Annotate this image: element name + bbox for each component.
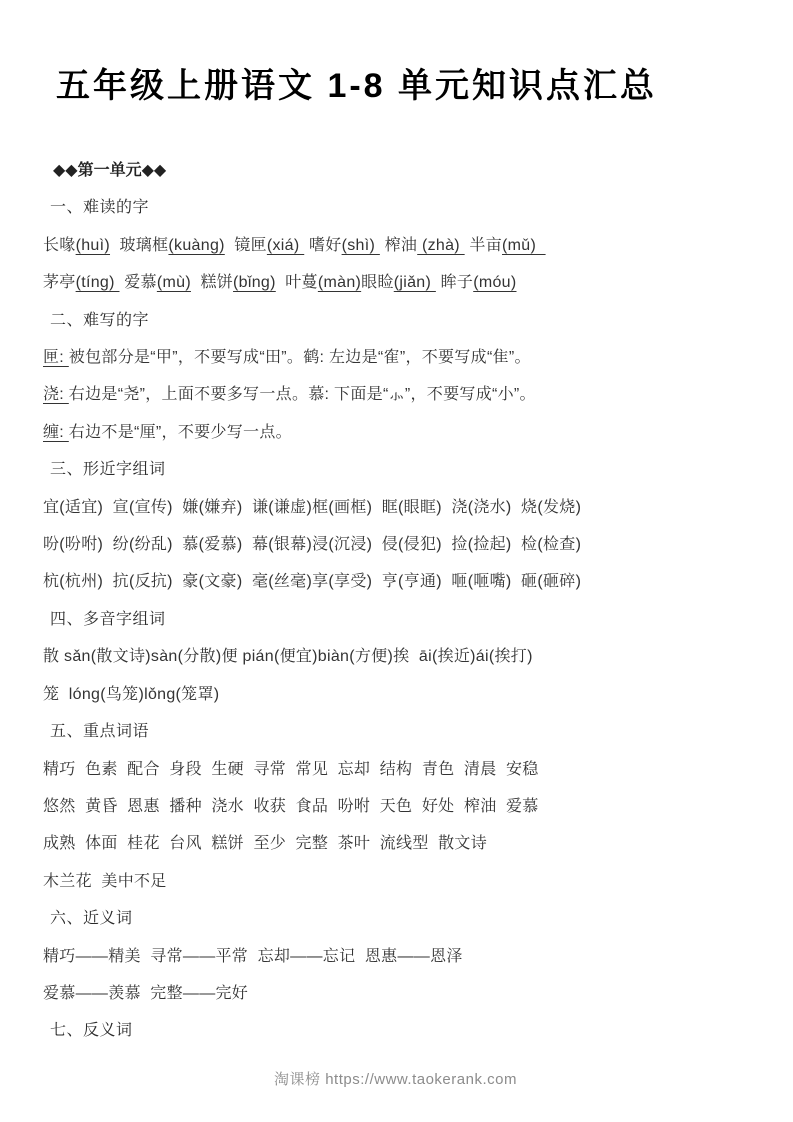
section-heading: 七、反义词 [43,1012,748,1049]
plain-text: 宜(适宜) 宣(宣传) 嫌(嫌弃) 谦(谦虚)框(画框) 眶(眼眶) 浇(浇水)… [43,499,581,516]
plain-text: 茅亭 [43,274,76,291]
underlined-text: 浇: [43,386,69,403]
text-line: 缠: 右边不是“厘”，不要少写一点。 [43,414,748,451]
section-heading: 六、近义词 [43,900,748,937]
plain-text: 眸子 [436,274,473,291]
underlined-text: (jiǎn) [394,274,436,291]
plain-text: 吩(吩咐) 纷(纷乱) 慕(爱慕) 幕(银幕)浸(沉浸) 侵(侵犯) 捡(捡起)… [43,536,581,553]
text-line: 杭(杭州) 抗(反抗) 豪(文豪) 毫(丝毫)享(享受) 亨(亨通) 咂(咂嘴)… [43,563,748,600]
text-line: 匣: 被包部分是“甲”，不要写成“田”。鹤: 左边是“隺”，不要写成“隹”。 [43,339,748,376]
page-title: 五年级上册语文 1-8 单元知识点汇总 [43,64,748,108]
section-heading: 二、难写的字 [43,302,748,339]
underlined-text: (kuàng) [168,237,224,254]
underlined-text: (shì) [342,237,380,254]
plain-text: 榨油 [380,237,417,254]
plain-text: 精巧 色素 配合 身段 生硬 寻常 常见 忘却 结构 青色 清晨 安稳 [43,761,539,778]
text-line: 浇: 右边是“尧”，上面不要多写一点。慕: 下面是“⺗”，不要写成“小”。 [43,376,748,413]
text-line: 木兰花 美中不足 [43,863,748,900]
plain-text: 玻璃框 [110,237,168,254]
text-line: 长喙(huì) 玻璃框(kuàng) 镜匣(xiá) 嗜好(shì) 榨油 (z… [43,227,748,264]
section-heading: 三、形近字组词 [43,451,748,488]
underlined-text: (móu) [473,274,516,291]
footer-watermark: 淘课榜 https://www.taokerank.com [43,1061,748,1098]
plain-text: 糕饼 [191,274,233,291]
underlined-text: (tíng) [76,274,120,291]
text-line: 散 sǎn(散文诗)sàn(分散)便 pián(便宜)biàn(方便)挨 āi(… [43,638,748,675]
text-line: 精巧——精美 寻常——平常 忘却——忘记 恩惠——恩泽 [43,938,748,975]
plain-text: 叶蔓 [276,274,318,291]
plain-text: 镜匣 [225,237,267,254]
underlined-text: (zhà) [417,237,464,254]
underlined-text: (bǐng) [233,274,276,291]
underlined-text: (màn) [318,274,361,291]
section-heading: 五、重点词语 [43,713,748,750]
underlined-text: (mǔ) [502,237,546,254]
plain-text: 杭(杭州) 抗(反抗) 豪(文豪) 毫(丝毫)享(享受) 亨(亨通) 咂(咂嘴)… [43,573,581,590]
text-line: 宜(适宜) 宣(宣传) 嫌(嫌弃) 谦(谦虚)框(画框) 眶(眼眶) 浇(浇水)… [43,489,748,526]
text-line: 笼 lóng(鸟笼)lǒng(笼罩) [43,676,748,713]
plain-text: 被包部分是“甲”，不要写成“田”。鹤: 左边是“隺”，不要写成“隹”。 [69,349,531,366]
text-line: 爱慕——羡慕 完整——完好 [43,975,748,1012]
underlined-text: (huì) [76,237,110,254]
plain-text: 精巧——精美 寻常——平常 忘却——忘记 恩惠——恩泽 [43,948,463,965]
document-page: 五年级上册语文 1-8 单元知识点汇总 ◆◆第一单元◆◆ 一、难读的字长喙(hu… [0,0,793,1122]
underlined-text: (xiá) [267,237,304,254]
plain-text: 眼睑 [361,274,394,291]
underlined-text: (mù) [157,274,191,291]
text-line: 茅亭(tíng) 爱慕(mù) 糕饼(bǐng) 叶蔓(màn)眼睑(jiǎn)… [43,264,748,301]
plain-text: 长喙 [43,237,76,254]
underlined-text: 匣: [43,349,69,366]
text-line: 成熟 体面 桂花 台风 糕饼 至少 完整 茶叶 流线型 散文诗 [43,825,748,862]
text-line: 悠然 黄昏 恩惠 播种 浇水 收获 食品 吩咐 天色 好处 榨油 爱慕 [43,788,748,825]
underlined-text: 缠: [43,424,69,441]
section-heading: 四、多音字组词 [43,601,748,638]
plain-text: 右边是“尧”，上面不要多写一点。慕: 下面是“⺗”，不要写成“小”。 [69,386,536,403]
plain-text: 散 sǎn(散文诗)sàn(分散)便 pián(便宜)biàn(方便)挨 āi(… [43,648,533,665]
plain-text: 笼 lóng(鸟笼)lǒng(笼罩) [43,686,219,703]
plain-text: 嗜好 [304,237,341,254]
plain-text: 半亩 [465,237,502,254]
section-heading: 一、难读的字 [43,189,748,226]
plain-text: 悠然 黄昏 恩惠 播种 浇水 收获 食品 吩咐 天色 好处 榨油 爱慕 [43,798,539,815]
text-line: 吩(吩咐) 纷(纷乱) 慕(爱慕) 幕(银幕)浸(沉浸) 侵(侵犯) 捡(捡起)… [43,526,748,563]
plain-text: 爱慕——羡慕 完整——完好 [43,985,248,1002]
text-line: 精巧 色素 配合 身段 生硬 寻常 常见 忘却 结构 青色 清晨 安稳 [43,751,748,788]
plain-text: 木兰花 美中不足 [43,873,167,890]
sections-container: 一、难读的字长喙(huì) 玻璃框(kuàng) 镜匣(xiá) 嗜好(shì)… [43,189,748,1049]
plain-text: 爱慕 [120,274,157,291]
unit-header: ◆◆第一单元◆◆ [43,152,748,189]
plain-text: 成熟 体面 桂花 台风 糕饼 至少 完整 茶叶 流线型 散文诗 [43,835,487,852]
plain-text: 右边不是“厘”，不要少写一点。 [69,424,292,441]
